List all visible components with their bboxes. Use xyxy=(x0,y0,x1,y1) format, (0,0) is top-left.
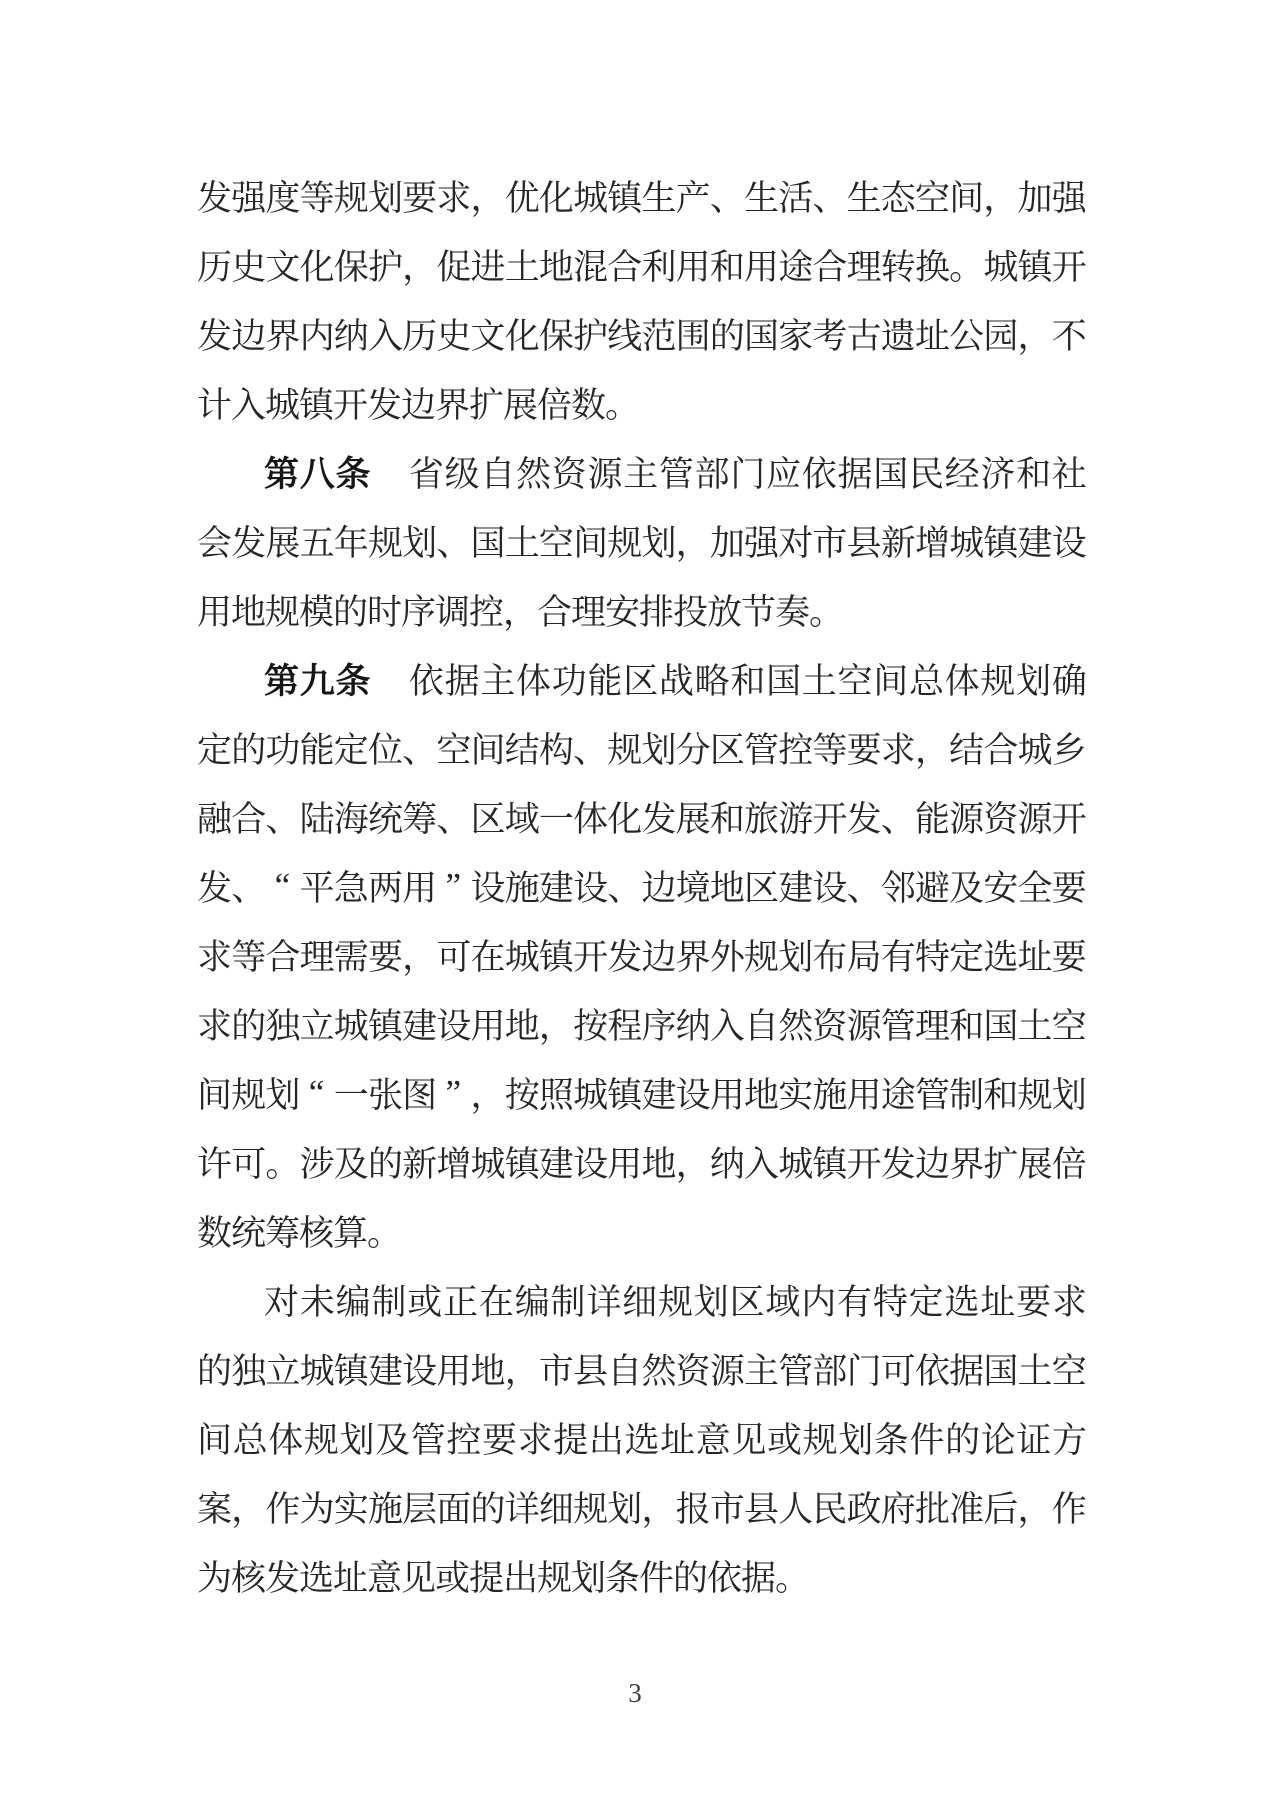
text-line: 发、“平急两用”设施建设、边境地区建设、邻避及安全要 xyxy=(197,851,1086,920)
article-number-char: 八 xyxy=(300,447,334,497)
text-line: 间规划“一张图”，按照城镇建设用地实施用途管制和规划 xyxy=(197,1058,1086,1127)
text-line: 的独立城镇建设用地，市县自然资源主管部门可依据国土空 xyxy=(197,1334,1086,1403)
article-number-char: 第 xyxy=(264,654,298,704)
article-heading-line: 第九条依据主体功能区战略和国土空间总体规划确 xyxy=(197,644,1086,713)
text-line: 会发展五年规划、国土空间规划，加强对市县新增城镇建设 xyxy=(197,506,1086,575)
text-line: 求的独立城镇建设用地，按程序纳入自然资源管理和国土空 xyxy=(197,989,1086,1058)
article-number-char: 条 xyxy=(335,654,369,704)
text-line: 数统筹核算。 xyxy=(197,1196,1086,1265)
text-line: 用地规模的时序调控，合理安排投放节奏。 xyxy=(197,575,1086,644)
text-line: 许可。涉及的新增城镇建设用地，纳入城镇开发边界扩展倍 xyxy=(197,1127,1086,1196)
text-line: 历史文化保护，促进土地混合利用和用途合理转换。城镇开 xyxy=(197,230,1086,299)
text-line: 定的功能定位、空间结构、规划分区管控等要求，结合城乡 xyxy=(197,713,1086,782)
text-line: 案，作为实施层面的详细规划，报市县人民政府批准后，作 xyxy=(197,1472,1086,1541)
text-line: 发边界内纳入历史文化保护线范围的国家考古遗址公园，不 xyxy=(197,299,1086,368)
article-number-char: 九 xyxy=(300,654,334,704)
document-page: 发强度等规划要求，优化城镇生产、生活、生态空间，加强历史文化保护，促进土地混合利… xyxy=(0,0,1280,1811)
text-line: 融合、陆海统筹、区域一体化发展和旅游开发、能源资源开 xyxy=(197,782,1086,851)
text-line: 发强度等规划要求，优化城镇生产、生活、生态空间，加强 xyxy=(197,161,1086,230)
page-number: 3 xyxy=(0,1678,1270,1709)
article-number-char: 条 xyxy=(335,447,369,497)
article-number-char: 第 xyxy=(264,447,298,497)
text-line: 对未编制或正在编制详细规划区域内有特定选址要求 xyxy=(197,1265,1086,1334)
article-heading-line: 第八条省级自然资源主管部门应依据国民经济和社 xyxy=(197,437,1086,506)
text-line: 间总体规划及管控要求提出选址意见或规划条件的论证方 xyxy=(197,1403,1086,1472)
text-block: 发强度等规划要求，优化城镇生产、生活、生态空间，加强历史文化保护，促进土地混合利… xyxy=(197,161,1086,1610)
text-line: 计入城镇开发边界扩展倍数。 xyxy=(197,368,1086,437)
text-line: 求等合理需要，可在城镇开发边界外规划布局有特定选址要 xyxy=(197,920,1086,989)
text-line: 为核发选址意见或提出规划条件的依据。 xyxy=(197,1541,1086,1610)
